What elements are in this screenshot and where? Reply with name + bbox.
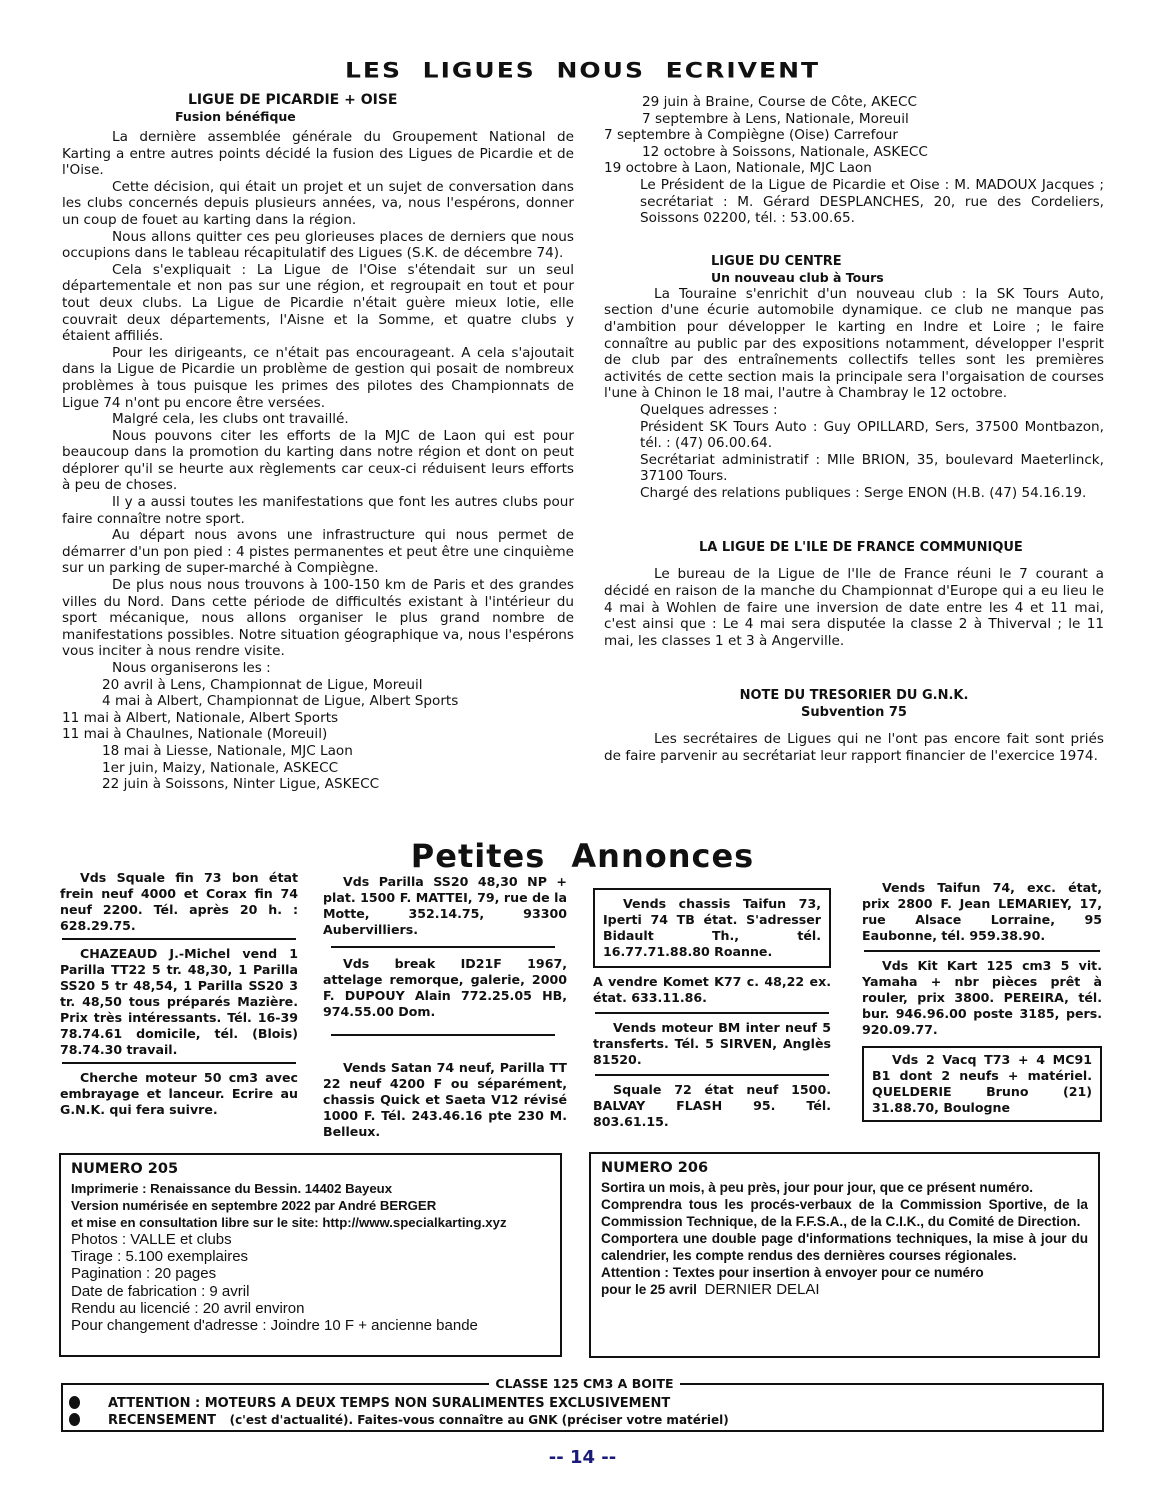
paragraph: Cette décision, qui était un projet et u…: [62, 179, 574, 229]
bullet-recensement: RECENSEMENT (c'est d'actualité). Faites-…: [69, 1412, 729, 1429]
event-item: 20 avril à Lens, Championnat de Ligue, M…: [62, 677, 574, 694]
bullet-icon: [69, 1413, 80, 1426]
picardie-subheading: Fusion bénéfique: [62, 109, 574, 125]
page-title: LES LIGUES NOUS ECRIVENT: [0, 58, 1165, 83]
ads-column-2: Vds Parilla SS20 48,30 NP + plat. 1500 F…: [323, 874, 567, 1140]
event-item: 12 octobre à Soissons, Nationale, ASKECC: [604, 144, 1104, 161]
classified-ad: Vends Satan 74 neuf, Parilla TT 22 neuf …: [323, 1060, 567, 1140]
classified-ad: Squale 72 état neuf 1500. BALVAY FLASH 9…: [593, 1082, 831, 1130]
numero-206-attention: Attention : Textes pour insertion à envo…: [601, 1264, 1088, 1281]
event-item: 1er juin, Maizy, Nationale, ASKECC: [62, 760, 574, 777]
credit-line: Imprimerie : Renaissance du Bessin. 1440…: [71, 1180, 550, 1197]
event-item: 7 septembre à Lens, Nationale, Moreuil: [604, 111, 1104, 128]
ads-column-3: Vends chassis Taifun 73, Iperti 74 TB ét…: [593, 888, 831, 1130]
bullet-icon: [69, 1396, 80, 1409]
centre-subheading: Un nouveau club à Tours: [604, 270, 1104, 286]
address-item: Chargé des relations publiques : Serge E…: [604, 485, 1104, 502]
event-item: 29 juin à Braine, Course de Côte, AKECC: [604, 94, 1104, 111]
event-item: 18 mai à Liesse, Nationale, MJC Laon: [62, 743, 574, 760]
bullet-attention: ATTENTION : MOTEURS A DEUX TEMPS NON SUR…: [69, 1395, 670, 1412]
paragraph: Au départ nous avons une infrastructure …: [62, 527, 574, 577]
paragraph: Pour les dirigeants, ce n'était pas enco…: [62, 345, 574, 411]
address-item: Secrétariat administratif : Mlle BRION, …: [604, 452, 1104, 485]
classified-ad: Vds break ID21F 1967, attelage remorque,…: [323, 956, 567, 1020]
detail-line: Pagination : 20 pages: [71, 1265, 550, 1282]
tresorier-subheading: Subvention 75: [604, 704, 1104, 721]
event-item: 7 septembre à Compiègne (Oise) Carrefour: [604, 127, 1104, 144]
paragraph: De plus nous nous trouvons à 100-150 km …: [62, 577, 574, 660]
credit-line: Version numérisée en septembre 2022 par …: [71, 1197, 550, 1214]
classified-ad: Vds Squale fin 73 bon état frein neuf 40…: [60, 870, 298, 934]
numero-205-heading: NUMERO 205: [71, 1161, 550, 1177]
numero-205-credits: Imprimerie : Renaissance du Bessin. 1440…: [71, 1180, 550, 1231]
detail-line: Date de fabrication : 9 avril: [71, 1283, 550, 1300]
address-item: Président SK Tours Auto : Guy OPILLARD, …: [604, 419, 1104, 452]
centre-addresses-label: Quelques adresses :: [604, 402, 1104, 419]
picardie-events-list: 20 avril à Lens, Championnat de Ligue, M…: [62, 677, 574, 793]
paragraph: Nous pouvons citer les efforts de la MJC…: [62, 428, 574, 494]
event-item: 4 mai à Albert, Championnat de Ligue, Al…: [62, 693, 574, 710]
classe-125-box: CLASSE 125 CM3 A BOITE ATTENTION : MOTEU…: [61, 1383, 1104, 1432]
paragraph: Malgré cela, les clubs ont travaillé.: [62, 411, 574, 428]
paragraph: Nous allons quitter ces peu glorieuses p…: [62, 229, 574, 262]
detail-line: Pour changement d'adresse : Joindre 10 F…: [71, 1317, 550, 1334]
tresorier-paragraph: Les secrétaires de Ligues qui ne l'ont p…: [604, 731, 1104, 764]
credit-line: et mise en consultation libre sur le sit…: [71, 1214, 550, 1231]
numero-206-box: NUMERO 206 Sortira un mois, à peu près, …: [589, 1152, 1100, 1358]
classified-ad: A vendre Komet K77 c. 48,22 ex. état. 63…: [593, 974, 831, 1006]
detail-paragraph: Sortira un mois, à peu près, jour pour j…: [601, 1179, 1088, 1196]
article-picardie: LIGUE DE PICARDIE + OISE Fusion bénéfiqu…: [62, 92, 574, 793]
picardie-closing: Le Président de la Ligue de Picardie et …: [604, 177, 1104, 227]
centre-paragraph: La Touraine s'enrichit d'un nouveau club…: [604, 286, 1104, 402]
classified-ad: Vends Taifun 74, exc. état, prix 2800 F.…: [862, 880, 1102, 944]
detail-line: Rendu au licencié : 20 avril environ: [71, 1300, 550, 1317]
boxed-ad: Vds 2 Vacq T73 + 4 MC91 B1 dont 2 neufs …: [862, 1046, 1102, 1122]
paragraph: Il y a aussi toutes les manifestations q…: [62, 494, 574, 527]
classified-ad: Vds Parilla SS20 48,30 NP + plat. 1500 F…: [323, 874, 567, 938]
event-item: 19 octobre à Laon, Nationale, MJC Laon: [604, 160, 1104, 177]
classe-125-title: CLASSE 125 CM3 A BOITE: [489, 1376, 679, 1391]
paragraph: Nous organiserons les :: [62, 660, 574, 677]
event-item: 11 mai à Albert, Nationale, Albert Sport…: [62, 710, 574, 727]
picardie-heading: LIGUE DE PICARDIE + OISE: [62, 92, 574, 109]
classified-ad: CHAZEAUD J.-Michel vend 1 Parilla TT22 5…: [60, 946, 298, 1058]
centre-heading: LIGUE DU CENTRE: [604, 253, 1104, 270]
numero-205-details: Photos : VALLE et clubsTirage : 5.100 ex…: [71, 1231, 550, 1334]
detail-paragraph: Comportera une double page d'information…: [601, 1230, 1088, 1264]
picardie-events-list-continued: 29 juin à Braine, Course de Côte, AKECC7…: [604, 94, 1104, 177]
idf-heading: LA LIGUE DE L'ILE DE FRANCE COMMUNIQUE: [604, 539, 1104, 556]
tresorier-heading: NOTE DU TRESORIER DU G.N.K.: [604, 687, 1104, 704]
numero-205-box: NUMERO 205 Imprimerie : Renaissance du B…: [59, 1153, 562, 1357]
detail-paragraph: Comprendra tous les procés-verbaux de la…: [601, 1196, 1088, 1230]
deadline-label: DERNIER DELAI: [705, 1281, 820, 1298]
classified-ad: Vds Kit Kart 125 cm3 5 vit. Yamaha + nbr…: [862, 958, 1102, 1038]
ads-column-1: Vds Squale fin 73 bon état frein neuf 40…: [60, 870, 298, 1118]
numero-206-heading: NUMERO 206: [601, 1160, 1088, 1176]
boxed-ad: Vends chassis Taifun 73, Iperti 74 TB ét…: [593, 888, 831, 968]
picardie-body: La dernière assemblée générale du Groupe…: [62, 129, 574, 677]
detail-line: Tirage : 5.100 exemplaires: [71, 1248, 550, 1265]
detail-line: Photos : VALLE et clubs: [71, 1231, 550, 1248]
paragraph: Cela s'expliquait : La Ligue de l'Oise s…: [62, 262, 574, 345]
event-item: 11 mai à Chaulnes, Nationale (Moreuil): [62, 726, 574, 743]
page-number: -- 14 --: [0, 1447, 1165, 1468]
idf-paragraph: Le bureau de la Ligue de l'Ile de France…: [604, 566, 1104, 649]
classified-ad: Cherche moteur 50 cm3 avec embrayage et …: [60, 1070, 298, 1118]
column-right: 29 juin à Braine, Course de Côte, AKECC7…: [604, 94, 1104, 765]
classified-ad: Vends moteur BM inter neuf 5 transferts.…: [593, 1020, 831, 1068]
paragraph: La dernière assemblée générale du Groupe…: [62, 129, 574, 179]
centre-addresses: Président SK Tours Auto : Guy OPILLARD, …: [604, 419, 1104, 502]
ads-column-4: Vends Taifun 74, exc. état, prix 2800 F.…: [862, 880, 1102, 1122]
numero-206-deadline-line: pour le 25 avril DERNIER DELAI: [601, 1281, 1088, 1298]
event-item: 22 juin à Soissons, Ninter Ligue, ASKECC: [62, 776, 574, 793]
numero-206-details: Sortira un mois, à peu près, jour pour j…: [601, 1179, 1088, 1264]
